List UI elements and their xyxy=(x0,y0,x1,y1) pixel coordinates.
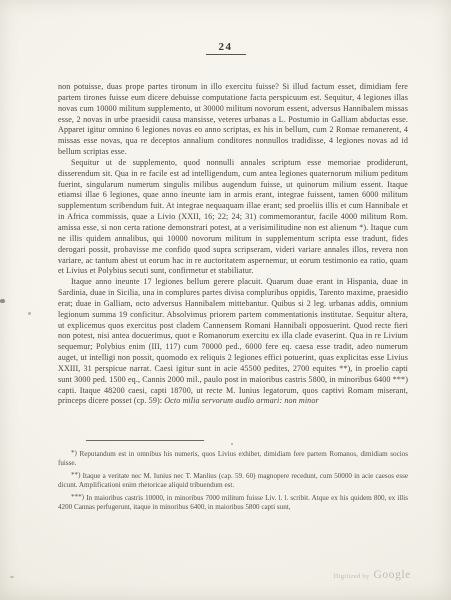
footnotes-section: *) Reputandum est in omnibus his numeris… xyxy=(58,450,408,516)
body-paragraph-2: Sequitur ut de supplemento, quod nonnull… xyxy=(58,158,408,277)
scan-artifact xyxy=(10,576,14,578)
google-watermark: Digitized byGoogle xyxy=(334,565,411,583)
latin-quote: Octo milia servorum audio armari: non mi… xyxy=(164,396,318,405)
footnote-marker: *) xyxy=(71,449,77,457)
scanned-book-page: 24 non potuisse, duas prope partes tiron… xyxy=(0,0,451,600)
footnote-text: In maioribus castris 10000, in minoribus… xyxy=(58,494,408,511)
footnote-marker: ***) xyxy=(71,493,84,501)
footnote-marker: **) xyxy=(71,471,80,479)
footnote-text: Reputandum est in omnibus his numeris, q… xyxy=(58,450,408,467)
scan-artifact xyxy=(28,312,31,315)
body-paragraph-1: non potuisse, duas prope partes tironum … xyxy=(58,82,408,158)
google-logo-text: Google xyxy=(374,569,411,581)
footnote-2: **) Itaque a veritate nec M. Iunius nec … xyxy=(58,472,408,490)
scan-artifact xyxy=(231,443,233,445)
paragraph-text: Itaque anno ineunte 17 legiones bellum g… xyxy=(58,277,408,405)
page-number: 24 xyxy=(206,41,246,55)
watermark-prefix: Digitized by xyxy=(334,573,370,580)
main-text-block: non potuisse, duas prope partes tironum … xyxy=(58,82,408,407)
footnote-text: Itaque a veritate nec M. Iunius nec T. M… xyxy=(58,472,408,489)
body-paragraph-3: Itaque anno ineunte 17 legiones bellum g… xyxy=(58,277,408,407)
footnote-separator xyxy=(86,440,204,441)
footnote-3: ***) In maioribus castris 10000, in mino… xyxy=(58,494,408,512)
scan-artifact xyxy=(0,299,5,303)
footnote-1: *) Reputandum est in omnibus his numeris… xyxy=(58,450,408,468)
